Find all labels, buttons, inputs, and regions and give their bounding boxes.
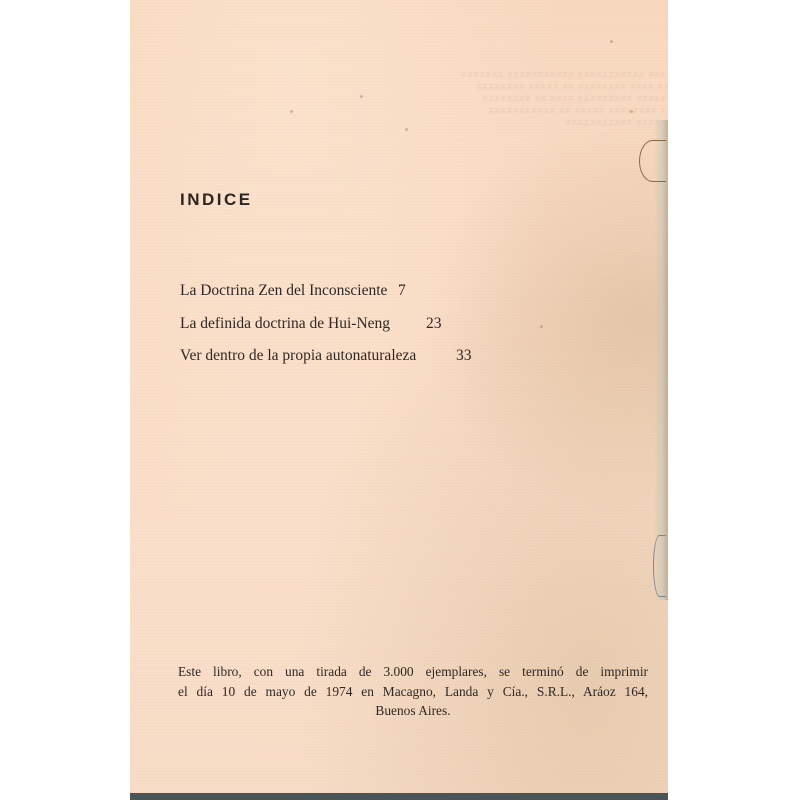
bleed-through-text: xxxxxxx xxxxxxx xxx xxxxxxxxxxx xxxxxxxx… <box>388 68 668 158</box>
toc-entry-page: 33 <box>456 347 472 365</box>
toc-entry-page: 7 <box>398 282 406 300</box>
colophon-line: Este libro, con una tirada de 3.000 ejem… <box>178 662 648 682</box>
toc-entry-page: 23 <box>426 315 442 333</box>
foxing-spot <box>290 110 293 113</box>
toc-entry-title: Ver dentro de la propia autonaturaleza <box>180 347 416 365</box>
page-title: INDICE <box>180 190 253 210</box>
foxing-spot <box>405 128 408 131</box>
toc-entry-title: La definida doctrina de Hui-Neng <box>180 315 390 333</box>
colophon: Este libro, con una tirada de 3.000 ejem… <box>178 662 648 721</box>
foxing-spot <box>630 110 633 113</box>
colophon-line: Buenos Aires. <box>178 701 648 721</box>
foxing-spot <box>540 325 543 328</box>
page-edge-damage <box>654 120 668 600</box>
scanner-bed-edge <box>130 793 668 800</box>
colophon-line: el día 10 de mayo de 1974 en Macagno, La… <box>178 682 648 702</box>
foxing-spot <box>360 95 363 98</box>
toc-entry-title: La Doctrina Zen del Inconsciente <box>180 282 387 300</box>
page-edge-tear <box>653 535 666 597</box>
scanned-page-image: xxxxxxx xxxxxxx xxx xxxxxxxxxxx xxxxxxxx… <box>0 0 800 800</box>
foxing-spot <box>610 40 613 43</box>
page-edge-tear <box>639 140 666 182</box>
